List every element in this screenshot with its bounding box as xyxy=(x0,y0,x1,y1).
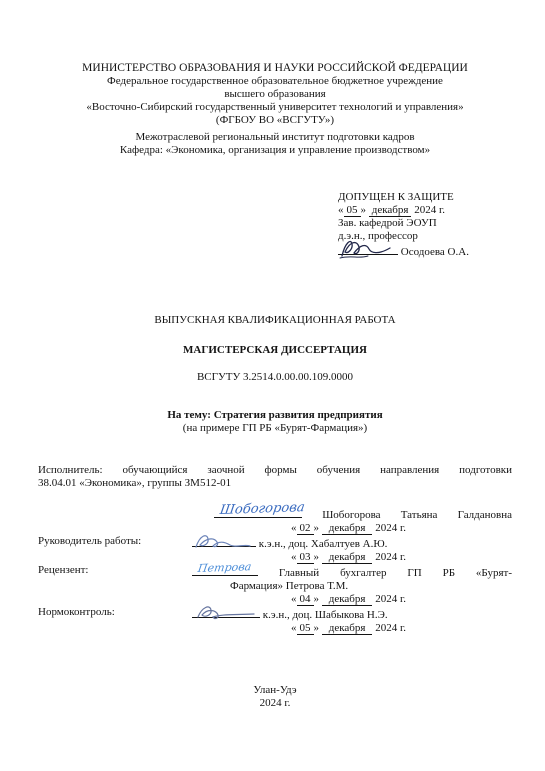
sign-date-day: 03 xyxy=(297,551,314,564)
document-code: ВСГУТУ 3.2514.0.00.00.109.0000 xyxy=(38,371,512,384)
quote-open: « xyxy=(291,593,297,605)
supervisor-name: к.э.н., доц. Хабалтуев А.Ю. xyxy=(259,538,388,550)
sign-date-month: декабря xyxy=(322,551,373,564)
reviewer-title: Главный бухгалтер ГП РБ «Бурят- xyxy=(279,567,512,579)
thesis-title-page: МИНИСТЕРСТВО ОБРАЗОВАНИЯ И НАУКИ РОССИЙС… xyxy=(0,0,545,771)
quote-close: » xyxy=(314,551,320,563)
work-type: ВЫПУСКНАЯ КВАЛИФИКАЦИОННАЯ РАБОТА xyxy=(38,314,512,327)
sign-date-year: 2024 г. xyxy=(375,522,406,534)
sign-date-month: декабря xyxy=(322,593,373,606)
topic-subtitle: (на примере ГП РБ «Бурят-Фармация») xyxy=(38,422,512,435)
approval-block: ДОПУЩЕН К ЗАЩИТЕ «05» декабря 2024 г. За… xyxy=(338,191,528,259)
quote-open: « xyxy=(291,522,297,534)
normcontrol-name: к.э.н., доц. Шабыкова Н.Э. xyxy=(263,609,388,621)
signature-blank-line xyxy=(338,243,398,255)
approver-position: Зав. кафедрой ЭОУП xyxy=(338,217,528,230)
university-name-line: «Восточно-Сибирский государственный унив… xyxy=(38,101,512,114)
quote-close: » xyxy=(314,593,320,605)
approval-date-day: 05 xyxy=(344,204,361,217)
quote-close: » xyxy=(314,622,320,634)
osodoeva-signature-icon xyxy=(338,235,394,259)
education-level-line: высшего образования xyxy=(38,88,512,101)
normcontrol-signature-line: к.э.н., доц. Шабыкова Н.Э. xyxy=(186,606,512,622)
sign-date-year: 2024 г. xyxy=(375,622,406,634)
quote-close: » xyxy=(314,522,320,534)
executor-signature-line: Шобогорова Шобогорова Татьяна Галдановна xyxy=(186,506,512,522)
topic-block: На тему: Стратегия развития предприятия … xyxy=(38,409,512,435)
ministry-line: МИНИСТЕРСТВО ОБРАЗОВАНИЯ И НАУКИ РОССИЙС… xyxy=(38,62,512,75)
executor-line2: 38.04.01 «Экономика», группы ЗМ512-01 xyxy=(38,477,512,490)
sign-date-day: 02 xyxy=(297,522,314,535)
khabaltuev-signature-icon xyxy=(192,531,254,551)
sign-date-year: 2024 г. xyxy=(375,593,406,605)
shobogorova-signature-icon: Шобогорова xyxy=(219,501,306,517)
petrova-signature-icon: Петрова xyxy=(197,560,252,575)
signature-row-executor: Шобогорова Шобогорова Татьяна Галдановна… xyxy=(38,506,512,535)
approver-signature-line: Осодоева О.А. xyxy=(338,243,528,259)
signature-row-label: Рецензент: xyxy=(38,564,186,606)
sign-date-day: 04 xyxy=(297,593,314,606)
quote-open: « xyxy=(291,622,297,634)
quote-open: « xyxy=(338,204,344,216)
signature-row-normcontrol: Нормоконтроль: к.э.н., доц. Шабыкова Н.Э… xyxy=(38,606,512,635)
footer-year: 2024 г. xyxy=(38,697,512,710)
reviewer-title-continuation: Фармация» Петрова Т.М. xyxy=(186,580,512,593)
signature-blank-line: Шобогорова xyxy=(214,506,302,518)
approval-title: ДОПУЩЕН К ЗАЩИТЕ xyxy=(338,191,528,204)
topic-title: На тему: Стратегия развития предприятия xyxy=(38,409,512,422)
signature-row-label: Руководитель работы: xyxy=(38,535,186,564)
approver-name: Осодоева О.А. xyxy=(401,246,469,258)
signature-blank-line xyxy=(192,535,256,547)
approval-date: «05» декабря 2024 г. xyxy=(338,204,528,217)
thesis-type: МАГИСТЕРСКАЯ ДИССЕРТАЦИЯ xyxy=(38,344,512,357)
signature-row-reviewer: Рецензент: Петрова Главный бухгалтер ГП … xyxy=(38,564,512,606)
executor-paragraph: Исполнитель: обучающийся заочной формы о… xyxy=(38,464,512,490)
footer-city: Улан-Удэ xyxy=(38,684,512,697)
signature-blank-line xyxy=(192,606,260,618)
approval-date-month: декабря xyxy=(369,204,412,217)
executor-name: Шобогорова Татьяна Галдановна xyxy=(322,509,512,521)
institution-line: Федеральное государственное образователь… xyxy=(38,75,512,88)
work-title-block: ВЫПУСКНАЯ КВАЛИФИКАЦИОННАЯ РАБОТА МАГИСТ… xyxy=(38,314,512,384)
sign-date-month: декабря xyxy=(322,522,373,535)
signature-row-label: Нормоконтроль: xyxy=(38,606,186,635)
institute-line: Межотраслевой региональный институт подг… xyxy=(38,131,512,144)
sign-date-year: 2024 г. xyxy=(375,551,406,563)
shabykova-signature-icon xyxy=(192,602,258,622)
reviewer-signature-line: Петрова Главный бухгалтер ГП РБ «Бурят- xyxy=(186,564,512,580)
approval-date-year: 2024 г. xyxy=(414,204,445,216)
university-abbr-line: (ФГБОУ ВО «ВСГУТУ») xyxy=(38,114,512,127)
signature-row-supervisor: Руководитель работы: к.э.н., доц. Хабалт… xyxy=(38,535,512,564)
department-line: Кафедра: «Экономика, организация и управ… xyxy=(38,144,512,157)
sign-date-day: 05 xyxy=(297,622,314,635)
signatures-table: Шобогорова Шобогорова Татьяна Галдановна… xyxy=(38,506,512,635)
footer-block: Улан-Удэ 2024 г. xyxy=(38,684,512,710)
executor-line1: Исполнитель: обучающийся заочной формы о… xyxy=(38,464,512,477)
normcontrol-sign-date: «05» декабря 2024 г. xyxy=(186,622,512,635)
quote-open: « xyxy=(291,551,297,563)
sign-date-month: декабря xyxy=(322,622,373,635)
signature-blank-line: Петрова xyxy=(192,564,258,576)
ministry-header: МИНИСТЕРСТВО ОБРАЗОВАНИЯ И НАУКИ РОССИЙС… xyxy=(38,62,512,157)
quote-close: » xyxy=(361,204,367,216)
signature-row-label xyxy=(38,506,186,535)
supervisor-signature-line: к.э.н., доц. Хабалтуев А.Ю. xyxy=(186,535,512,551)
